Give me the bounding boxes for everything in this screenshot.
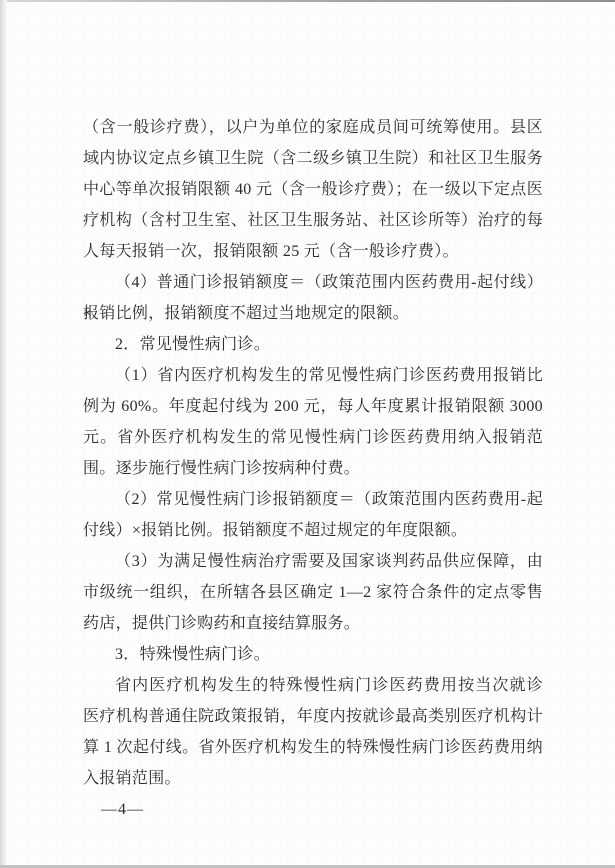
document-line: 围。逐步施行慢性病门诊按病种付费。 [83, 453, 543, 484]
document-line: 人每天报销一次，报销限额 25 元（含一般诊疗费）。 [83, 236, 543, 267]
document-line: （1）省内医疗机构发生的常见慢性病门诊医药费用报销比 [83, 360, 543, 391]
document-line: 例为 60%。年度起付线为 200 元，每人年度累计报销限额 3000 [83, 391, 543, 422]
document-line: 入报销范围。 [83, 763, 543, 794]
document-line: 疗机构（含村卫生室、社区卫生服务站、社区诊所等）治疗的每 [83, 205, 543, 236]
document-line: 市级统一组织，在所辖各县区确定 1—2 家符合条件的定点零售 [83, 577, 543, 608]
document-line: （2）常见慢性病门诊报销额度＝（政策范围内医药费用-起 [83, 484, 543, 515]
document-line: 付线）×报销比例。报销额度不超过规定的年度限额。 [83, 515, 543, 546]
document-line: 省内医疗机构发生的特殊慢性病门诊医药费用按当次就诊 [83, 670, 543, 701]
document-line: 3．特殊慢性病门诊。 [83, 639, 543, 670]
document-line: 2．常见慢性病门诊。 [83, 329, 543, 360]
document-line: 元。省外医疗机构发生的常见慢性病门诊医药费用纳入报销范 [83, 422, 543, 453]
document-line: 医疗机构普通住院政策报销，年度内按就诊最高类别医疗机构计 [83, 701, 543, 732]
document-line: 域内协议定点乡镇卫生院（含二级乡镇卫生院）和社区卫生服务 [83, 143, 543, 174]
scanned-document-page: （含一般诊疗费），以户为单位的家庭成员间可统筹使用。县区域内协议定点乡镇卫生院（… [0, 0, 615, 868]
document-line: 报销比例，报销额度不超过当地规定的限额。 [83, 298, 543, 329]
scan-edge-top [0, 0, 615, 2]
document-body: （含一般诊疗费），以户为单位的家庭成员间可统筹使用。县区域内协议定点乡镇卫生院（… [83, 112, 543, 794]
document-line: 药店，提供门诊购药和直接结算服务。 [83, 608, 543, 639]
document-line: （3）为满足慢性病治疗需要及国家谈判药品供应保障，由 [83, 546, 543, 577]
document-line: （4）普通门诊报销额度＝（政策范围内医药费用-起付线）× [83, 267, 543, 298]
page-number: —4— [101, 794, 144, 825]
document-line: （含一般诊疗费），以户为单位的家庭成员间可统筹使用。县区 [83, 112, 543, 143]
document-line: 算 1 次起付线。省外医疗机构发生的特殊慢性病门诊医药费用纳 [83, 732, 543, 763]
document-line: 中心等单次报销限额 40 元（含一般诊疗费）；在一级以下定点医 [83, 174, 543, 205]
scan-edge-left [0, 0, 7, 868]
